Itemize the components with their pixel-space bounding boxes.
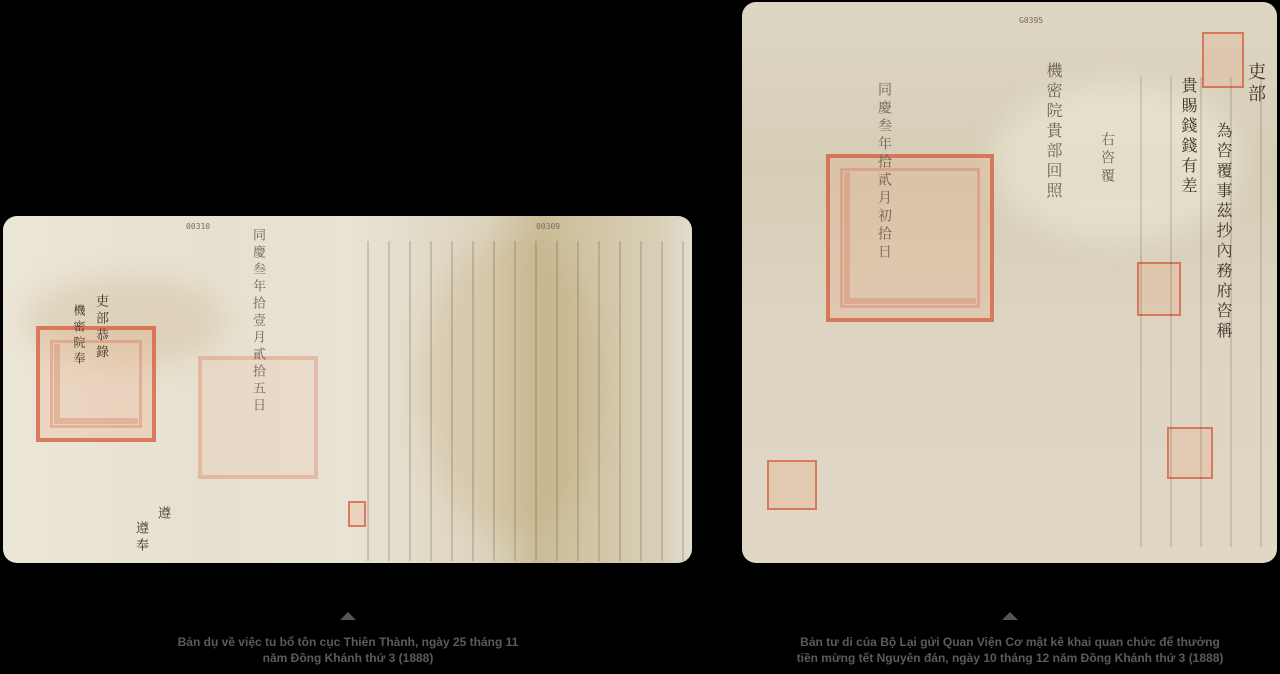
red-seal-stamp xyxy=(826,154,994,322)
text-column: 遵 xyxy=(153,506,172,523)
date-column: 同慶叁年拾貳月初拾日 xyxy=(874,82,894,262)
caption-line: năm Đồng Khánh thứ 3 (1888) xyxy=(98,650,598,666)
caption-line: Bản dụ về việc tu bổ tôn cục Thiên Thành… xyxy=(98,634,598,650)
small-seal-stamp xyxy=(767,460,817,510)
dense-text-columns xyxy=(353,241,688,561)
caret-up-icon xyxy=(1002,612,1018,620)
text-column: 吏部恭錄 xyxy=(91,294,110,362)
caret-up-icon xyxy=(340,612,356,620)
caption-right: Bản tư di của Bộ Lại gửi Quan Viện Cơ mậ… xyxy=(750,612,1270,666)
document-code: 00310 xyxy=(186,222,210,231)
document-photo-left[interactable]: 00310 00309 同慶叁年拾壹月貳拾五日 吏部恭錄 機密院奉 遵奉 遵 xyxy=(3,216,692,563)
text-column: 機密院貴部回照 xyxy=(1042,62,1065,202)
text-column: 機密院奉 xyxy=(71,304,88,368)
document-photo-right[interactable]: G0395 吏部 為咨覆事茲抄內務府咨稱 貴賜錢錢有差 機密院貴部回照 右咨覆 … xyxy=(742,2,1277,563)
text-column: 遵奉 xyxy=(131,521,150,555)
document-code: G0395 xyxy=(1019,16,1043,25)
date-column: 同慶叁年拾壹月貳拾五日 xyxy=(248,228,267,415)
dense-text-columns xyxy=(1122,77,1272,547)
caption-line: Bản tư di của Bộ Lại gửi Quan Viện Cơ mậ… xyxy=(750,634,1270,650)
document-code-secondary: 00309 xyxy=(536,222,560,231)
caption-line: tiền mừng tết Nguyên đán, ngày 10 tháng … xyxy=(750,650,1270,666)
caption-left: Bản dụ về việc tu bổ tôn cục Thiên Thành… xyxy=(98,612,598,666)
text-column: 右咨覆 xyxy=(1097,132,1117,186)
